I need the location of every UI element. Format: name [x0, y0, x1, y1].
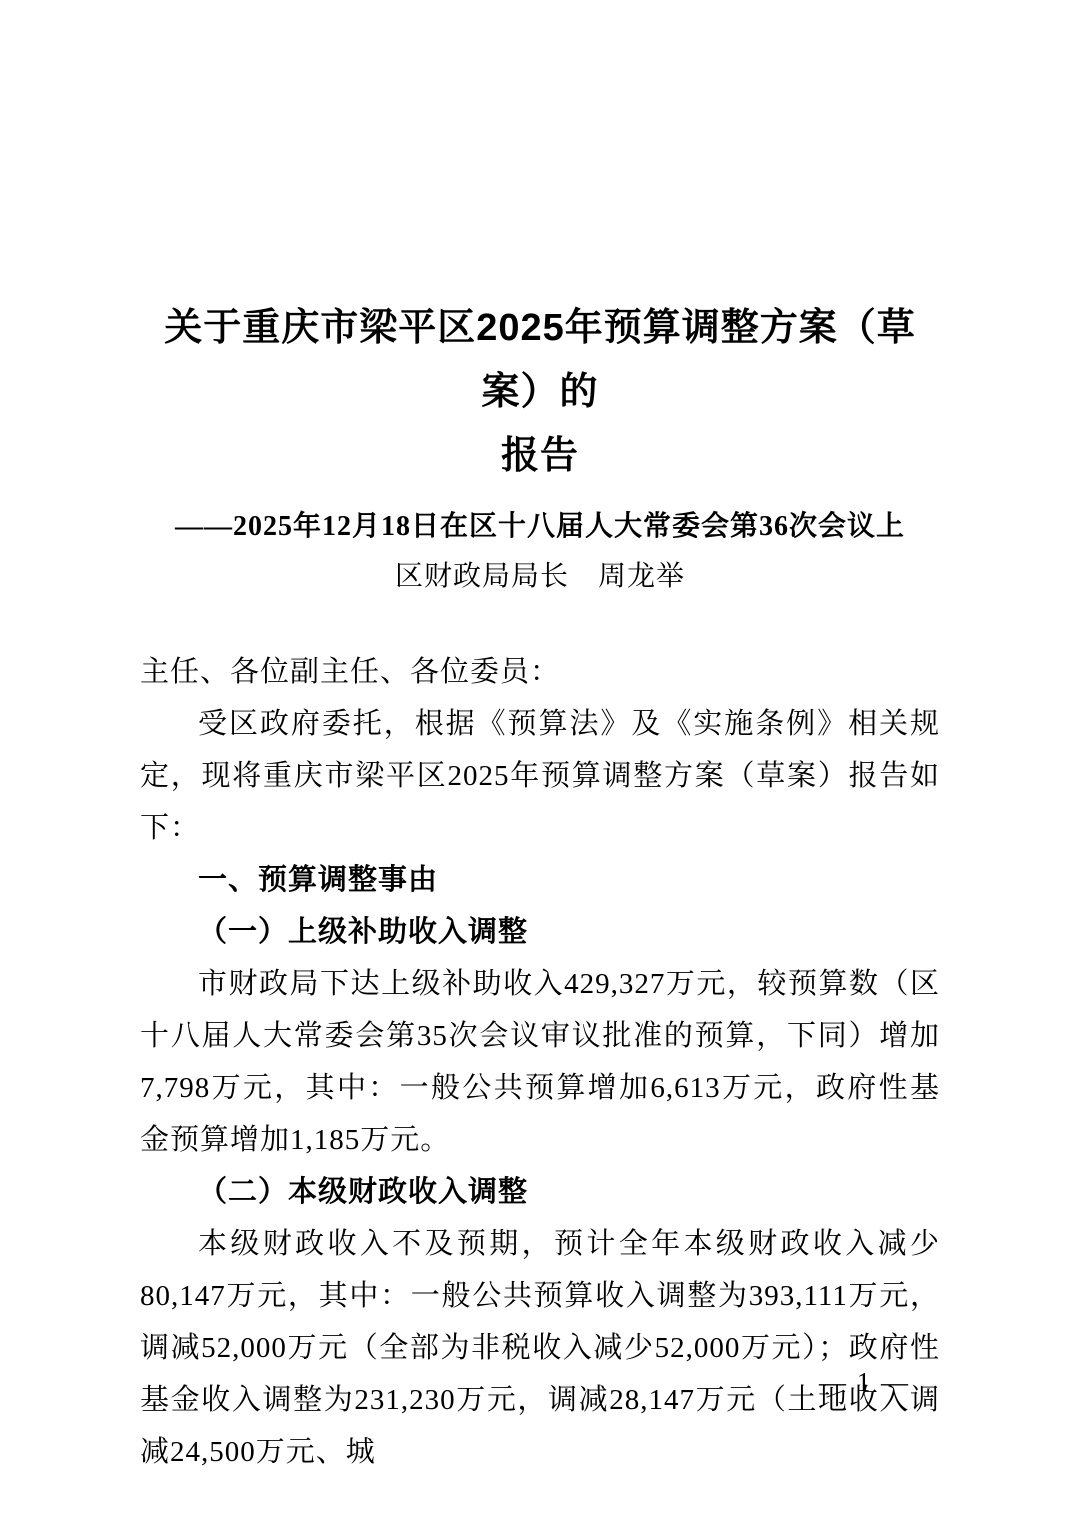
subsection-1-heading: （一）上级补助收入调整	[140, 906, 940, 958]
page-title-line-2: 报告	[140, 424, 940, 488]
page-number: — 1 —	[819, 1366, 910, 1398]
subsection-2-heading: （二）本级财政收入调整	[140, 1166, 940, 1218]
intro-paragraph: 受区政府委托，根据《预算法》及《实施条例》相关规定，现将重庆市梁平区2025年预…	[140, 698, 940, 854]
subsection-1-paragraph: 市财政局下达上级补助收入429,327万元，较预算数（区十八届人大常委会第35次…	[140, 958, 940, 1166]
page-title-line-1: 关于重庆市梁平区2025年预算调整方案（草案）的	[140, 296, 940, 424]
subsection-2-paragraph: 本级财政收入不及预期，预计全年本级财政收入减少80,147万元，其中：一般公共预…	[140, 1218, 940, 1478]
speaker-line: 区财政局局长 周龙举	[140, 552, 940, 602]
document-body: 主任、各位副主任、各位委员： 受区政府委托，根据《预算法》及《实施条例》相关规定…	[140, 646, 940, 1478]
section-1-heading: 一、预算调整事由	[140, 854, 940, 906]
document-page: 关于重庆市梁平区2025年预算调整方案（草案）的 报告 ——2025年12月18…	[0, 0, 1074, 1520]
page-title: 关于重庆市梁平区2025年预算调整方案（草案）的 报告	[140, 296, 940, 488]
salutation: 主任、各位副主任、各位委员：	[140, 646, 940, 698]
meeting-subtitle: ——2025年12月18日在区十八届人大常委会第36次会议上	[140, 502, 940, 552]
document-content: 关于重庆市梁平区2025年预算调整方案（草案）的 报告 ——2025年12月18…	[0, 0, 1074, 1478]
